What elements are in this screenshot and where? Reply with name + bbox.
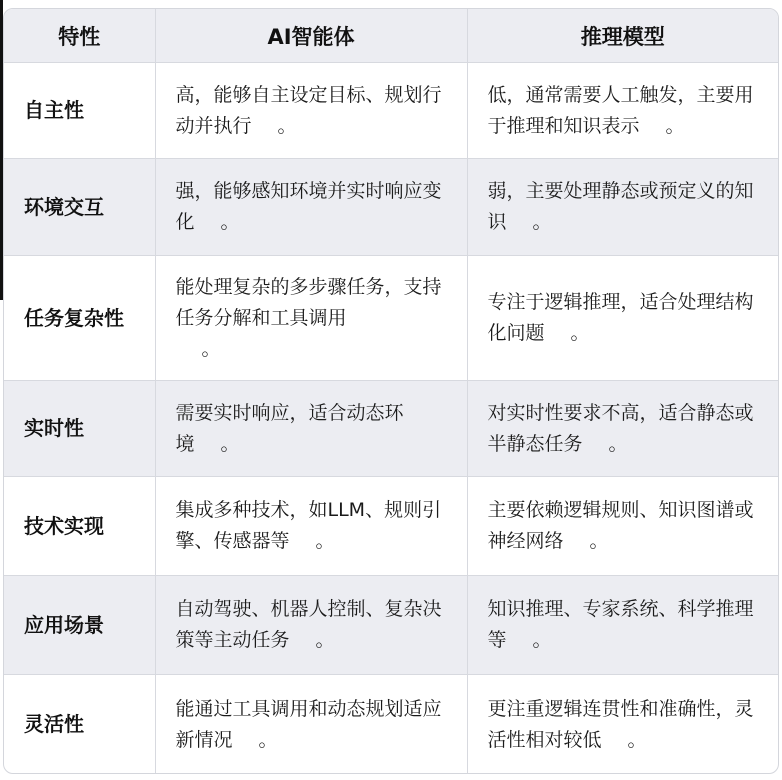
table-row: 任务复杂性 能处理复杂的多步骤任务，支持任务分解和工具调用。 专注于逻辑推理，适…	[4, 256, 778, 381]
feature-cell: 应用场景	[4, 576, 155, 675]
reasoning-text: 专注于逻辑推理，适合处理结构化问题	[488, 291, 754, 344]
reasoning-cell: 专注于逻辑推理，适合处理结构化问题。	[467, 256, 778, 381]
header-feature: 特性	[4, 9, 155, 63]
period: 。	[221, 433, 240, 455]
period: 。	[316, 530, 335, 552]
period: 。	[278, 115, 297, 137]
reasoning-cell: 更注重逻辑连贯性和准确性，灵活性相对较低。	[467, 675, 778, 775]
period: 。	[221, 211, 240, 233]
period: 。	[628, 729, 647, 751]
feature-cell: 任务复杂性	[4, 256, 155, 381]
agent-cell: 自动驾驶、机器人控制、复杂决策等主动任务。	[155, 576, 467, 675]
feature-cell: 技术实现	[4, 477, 155, 576]
reasoning-cell: 知识推理、专家系统、科学推理等。	[467, 576, 778, 675]
agent-cell: 能通过工具调用和动态规划适应新情况。	[155, 675, 467, 775]
period: 。	[202, 338, 221, 360]
agent-text: 高，能够自主设定目标、规划行动并执行	[176, 84, 442, 137]
reasoning-text: 弱，主要处理静态或预定义的知识	[488, 180, 754, 233]
agent-cell: 高，能够自主设定目标、规划行动并执行。	[155, 63, 467, 159]
agent-text: 强，能够感知环境并实时响应变化	[176, 180, 442, 233]
table-header-row: 特性 AI智能体 推理模型	[4, 9, 778, 63]
reasoning-text: 更注重逻辑连贯性和准确性，灵活性相对较低	[488, 698, 754, 751]
period: 。	[259, 729, 278, 751]
table-row: 实时性 需要实时响应，适合动态环境。 对实时性要求不高，适合静态或半静态任务。	[4, 381, 778, 477]
comparison-table: 特性 AI智能体 推理模型 自主性 高，能够自主设定目标、规划行动并执行。 低，…	[3, 8, 779, 774]
agent-cell: 需要实时响应，适合动态环境。	[155, 381, 467, 477]
reasoning-text: 主要依赖逻辑规则、知识图谱或神经网络	[488, 499, 754, 552]
agent-text: 需要实时响应，适合动态环境	[176, 402, 404, 455]
reasoning-cell: 弱，主要处理静态或预定义的知识。	[467, 159, 778, 256]
reasoning-text: 低，通常需要人工触发，主要用于推理和知识表示	[488, 84, 754, 137]
reasoning-cell: 主要依赖逻辑规则、知识图谱或神经网络。	[467, 477, 778, 576]
period: 。	[609, 433, 628, 455]
header-reasoning-model: 推理模型	[467, 9, 778, 63]
feature-cell: 实时性	[4, 381, 155, 477]
agent-text: 能处理复杂的多步骤任务，支持任务分解和工具调用	[176, 276, 442, 329]
feature-cell: 自主性	[4, 63, 155, 159]
table-row: 自主性 高，能够自主设定目标、规划行动并执行。 低，通常需要人工触发，主要用于推…	[4, 63, 778, 159]
header-ai-agent: AI智能体	[155, 9, 467, 63]
reasoning-cell: 低，通常需要人工触发，主要用于推理和知识表示。	[467, 63, 778, 159]
period: 。	[666, 115, 685, 137]
agent-cell: 能处理复杂的多步骤任务，支持任务分解和工具调用。	[155, 256, 467, 381]
reasoning-text: 知识推理、专家系统、科学推理等	[488, 598, 754, 651]
agent-cell: 强，能够感知环境并实时响应变化。	[155, 159, 467, 256]
period: 。	[316, 629, 335, 651]
feature-cell: 环境交互	[4, 159, 155, 256]
agent-text: 自动驾驶、机器人控制、复杂决策等主动任务	[176, 598, 442, 651]
reasoning-cell: 对实时性要求不高，适合静态或半静态任务。	[467, 381, 778, 477]
agent-text: 集成多种技术，如LLM、规则引擎、传感器等	[176, 499, 442, 552]
agent-cell: 集成多种技术，如LLM、规则引擎、传感器等。	[155, 477, 467, 576]
table-row: 应用场景 自动驾驶、机器人控制、复杂决策等主动任务。 知识推理、专家系统、科学推…	[4, 576, 778, 675]
table-row: 技术实现 集成多种技术，如LLM、规则引擎、传感器等。 主要依赖逻辑规则、知识图…	[4, 477, 778, 576]
period: 。	[571, 322, 590, 344]
period: 。	[533, 211, 552, 233]
table-row: 灵活性 能通过工具调用和动态规划适应新情况。 更注重逻辑连贯性和准确性，灵活性相…	[4, 675, 778, 775]
feature-cell: 灵活性	[4, 675, 155, 775]
agent-text: 能通过工具调用和动态规划适应新情况	[176, 698, 442, 751]
table-row: 环境交互 强，能够感知环境并实时响应变化。 弱，主要处理静态或预定义的知识。	[4, 159, 778, 256]
period: 。	[590, 530, 609, 552]
period: 。	[533, 629, 552, 651]
